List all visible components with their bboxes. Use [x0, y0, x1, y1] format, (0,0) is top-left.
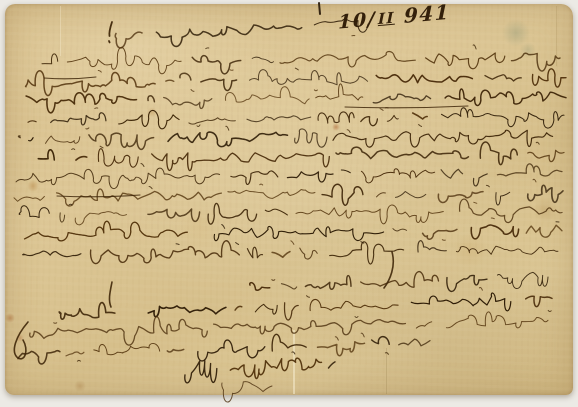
ink-stroke: [94, 343, 160, 354]
ink-stroke: [474, 202, 477, 203]
ink-stroke: [260, 184, 263, 185]
ink-stroke: [66, 352, 84, 356]
ink-stroke: [496, 192, 510, 205]
ink-stroke: [295, 68, 298, 70]
ink-stroke: [72, 149, 75, 150]
ink-stroke: [228, 190, 315, 199]
ink-stroke: [441, 169, 463, 178]
ink-stroke: [77, 360, 80, 361]
ink-stroke: [208, 203, 257, 224]
ink-stroke: [314, 90, 317, 91]
ink-stroke: [533, 179, 536, 182]
ink-stroke: [222, 382, 272, 402]
ink-stroke: [310, 299, 398, 310]
ink-stroke: [176, 244, 179, 245]
ink-stroke: [91, 241, 240, 264]
ink-stroke: [164, 98, 212, 109]
ink-stroke: [250, 70, 368, 85]
ink-stroke: [100, 146, 103, 148]
ink-stroke: [156, 25, 301, 46]
ink-stroke: [329, 362, 336, 368]
ink-stroke: [272, 334, 306, 351]
ink-stroke: [314, 19, 368, 32]
ink-stroke: [385, 353, 388, 355]
ink-stroke: [292, 352, 295, 354]
ink-stroke: [377, 193, 386, 197]
ink-stroke: [526, 296, 552, 306]
ink-stroke: [442, 240, 445, 241]
ink-stroke: [23, 251, 81, 257]
ink-stroke: [512, 53, 561, 71]
ink-stroke: [413, 113, 428, 119]
ink-stroke: [29, 138, 33, 141]
ink-stroke: [485, 75, 521, 81]
ink-stroke: [526, 225, 562, 237]
ink-stroke: [167, 349, 183, 352]
ink-stroke: [296, 205, 443, 224]
ink-stroke: [214, 226, 383, 240]
ink-stroke: [44, 77, 96, 79]
ink-stroke: [393, 229, 407, 231]
ink-stroke: [148, 209, 200, 221]
ink-stroke: [201, 79, 237, 91]
ink-stroke: [98, 149, 138, 168]
ink-stroke: [189, 118, 235, 124]
ink-stroke: [231, 171, 278, 185]
ink-stroke: [185, 361, 217, 383]
ink-stroke: [191, 90, 194, 92]
ink-stroke: [222, 225, 225, 229]
ink-stroke: [426, 53, 505, 69]
ink-stroke: [30, 317, 208, 345]
ink-stroke: [16, 168, 220, 188]
ink-stroke: [361, 272, 439, 288]
ink-stroke: [14, 322, 28, 359]
ink-stroke: [67, 47, 181, 73]
ink-stroke: [25, 221, 188, 241]
letter-scan: 10/II941: [0, 0, 578, 407]
ink-stroke: [14, 196, 44, 201]
ink-stroke: [486, 185, 489, 186]
ink-stroke: [319, 3, 320, 14]
ink-stroke: [479, 288, 482, 291]
ink-stroke: [345, 106, 468, 108]
ink-stroke: [333, 130, 553, 147]
ink-stroke: [548, 310, 551, 311]
ink-stroke: [532, 69, 566, 87]
ink-stroke: [399, 339, 430, 346]
ink-stroke: [26, 71, 156, 96]
ink-stroke: [250, 283, 270, 291]
ink-stroke: [497, 164, 562, 176]
ink-stroke: [148, 306, 226, 317]
ink-stroke: [60, 213, 65, 222]
ink-stroke: [347, 130, 350, 133]
ink-stroke: [456, 246, 558, 254]
ink-stroke: [109, 22, 112, 36]
ink-stroke: [19, 206, 49, 218]
ink-stroke: [336, 147, 468, 158]
ink-stroke: [418, 241, 446, 252]
ink-stroke: [318, 342, 365, 356]
ink-stroke: [198, 340, 265, 361]
ink-stroke: [318, 112, 354, 123]
ink-stroke: [230, 358, 321, 378]
ink-stroke: [447, 275, 487, 291]
ink-stroke: [305, 276, 351, 290]
ink-stroke: [230, 70, 233, 71]
ink-stroke: [166, 80, 174, 81]
ink-stroke: [42, 54, 58, 64]
ink-stroke: [57, 195, 140, 197]
ink-stroke: [419, 125, 422, 127]
ink-stroke: [536, 142, 539, 144]
ink-stroke: [247, 116, 311, 122]
ink-stroke: [411, 293, 511, 311]
ink-stroke: [446, 312, 548, 328]
ink-stroke: [76, 157, 87, 161]
ink-stroke: [119, 110, 179, 128]
ink-stroke: [95, 108, 98, 109]
ink-stroke: [252, 57, 273, 62]
ink-stroke: [109, 41, 110, 42]
ink-stroke: [316, 84, 363, 100]
ink-stroke: [272, 280, 275, 281]
ink-stroke: [285, 303, 299, 320]
ink-stroke: [46, 136, 80, 143]
ink-stroke: [307, 296, 310, 298]
ink-stroke: [51, 113, 106, 125]
ink-stroke: [445, 89, 566, 106]
ink-stroke: [168, 132, 288, 147]
ink-stroke: [98, 70, 101, 72]
ink-stroke: [361, 333, 364, 337]
ink-stroke: [57, 189, 222, 206]
ink-stroke: [361, 169, 434, 183]
ink-stroke: [497, 272, 548, 288]
ink-stroke: [109, 282, 112, 307]
handwriting-ink: [0, 0, 578, 407]
ink-stroke: [295, 129, 327, 147]
ink-stroke: [528, 150, 564, 161]
ink-stroke: [272, 252, 290, 258]
ink-stroke: [18, 136, 20, 138]
ink-stroke: [75, 212, 126, 225]
ink-stroke: [197, 125, 200, 127]
ink-stroke: [355, 317, 358, 318]
ink-stroke: [226, 126, 229, 130]
ink-stroke: [300, 248, 317, 259]
ink-stroke: [335, 337, 338, 340]
ink-stroke: [361, 117, 378, 126]
ink-stroke: [416, 322, 431, 328]
ink-stroke: [235, 306, 242, 310]
ink-stroke: [373, 94, 430, 103]
ink-stroke: [265, 209, 287, 215]
ink-stroke: [255, 304, 277, 314]
ink-stroke: [206, 48, 209, 49]
ink-stroke: [287, 172, 333, 182]
ink-stroke: [380, 109, 383, 111]
ink-stroke: [423, 229, 457, 239]
ink-stroke: [59, 303, 115, 320]
ink-stroke: [236, 243, 239, 245]
ink-stroke: [471, 225, 518, 239]
ink-stroke: [89, 133, 154, 149]
ink-stroke: [491, 218, 494, 219]
ink-stroke: [86, 128, 89, 129]
ink-stroke: [480, 142, 517, 165]
ink-stroke: [25, 221, 188, 241]
ink-stroke: [473, 45, 476, 49]
ink-stroke: [152, 153, 330, 171]
ink-stroke: [291, 241, 294, 245]
ink-stroke: [26, 93, 136, 113]
ink-stroke: [149, 187, 152, 189]
ink-stroke: [26, 93, 136, 113]
ink-stroke: [376, 75, 472, 83]
ink-stroke: [396, 192, 426, 198]
ink-stroke: [28, 121, 36, 122]
ink-stroke: [322, 184, 363, 205]
ink-stroke: [141, 164, 144, 167]
ink-stroke: [115, 32, 142, 48]
ink-stroke: [180, 73, 191, 80]
ink-stroke: [528, 185, 563, 202]
ink-stroke: [442, 108, 565, 128]
ink-stroke: [148, 96, 155, 102]
ink-stroke: [341, 170, 350, 173]
ink-stroke: [247, 247, 262, 258]
ink-stroke: [69, 204, 72, 205]
ink-stroke: [372, 337, 390, 345]
ink-stroke: [281, 284, 296, 289]
ink-stroke: [192, 56, 241, 74]
ink-stroke: [473, 174, 487, 186]
ink-stroke: [225, 87, 309, 104]
ink-stroke: [214, 320, 406, 335]
ink-stroke: [387, 115, 398, 121]
ink-stroke: [280, 51, 415, 66]
